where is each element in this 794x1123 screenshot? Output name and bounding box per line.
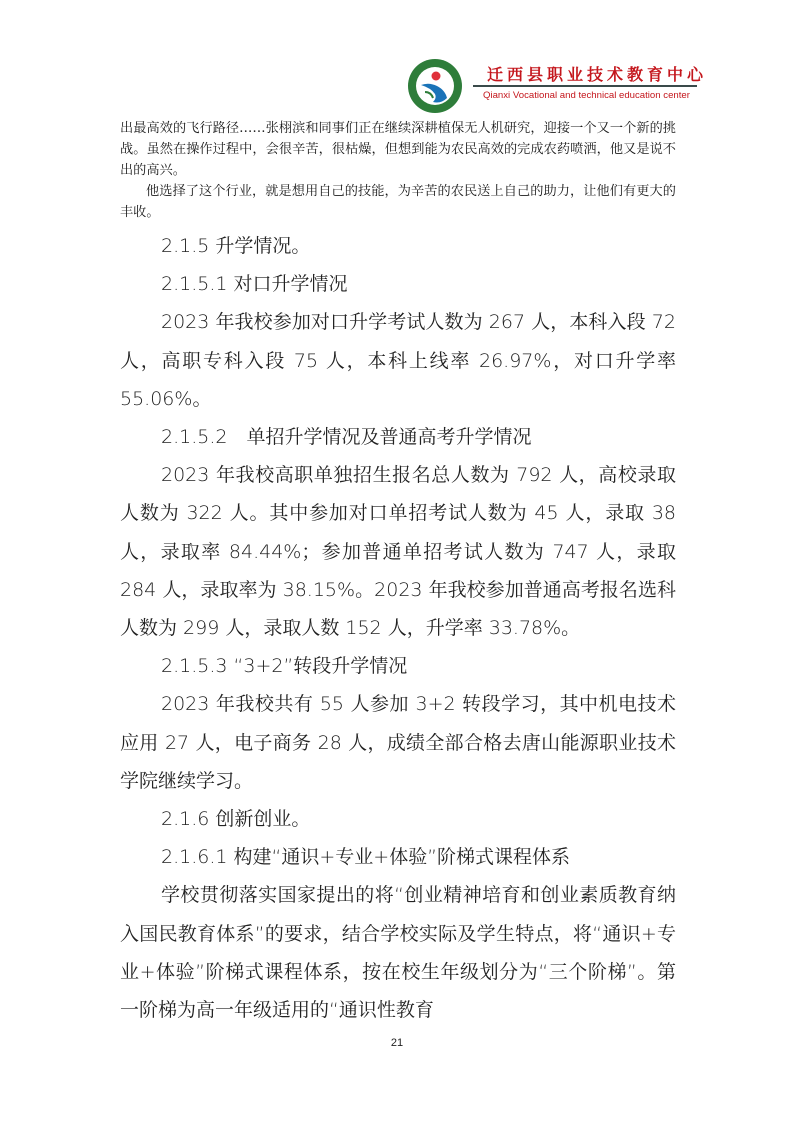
section-heading-2-1-5-3: 2.1.5.3 “3+2”转段升学情况	[120, 647, 676, 685]
page-header: 迁西县职业技术教育中心 Qianxi Vocational and techni…	[405, 56, 705, 118]
header-divider	[473, 85, 697, 87]
header-title-en: Qianxi Vocational and technical educatio…	[483, 90, 690, 101]
intro-paragraph-1: 出最高效的飞行路径……张栩滨和同事们正在继续深耕植保无人机研究，迎接一个又一个新…	[120, 118, 676, 181]
section-heading-2-1-5-1: 2.1.5.1 对口升学情况	[120, 265, 676, 303]
school-emblem-icon	[407, 58, 463, 114]
document-body: 出最高效的飞行路径……张栩滨和同事们正在继续深耕植保无人机研究，迎接一个又一个新…	[120, 118, 676, 1029]
page-number: 21	[0, 1037, 794, 1049]
section-heading-2-1-5: 2.1.5 升学情况。	[120, 227, 676, 265]
section-body-2-1-5-2: 2023 年我校高职单独招生报名总人数为 792 人，高校录取人数为 322 人…	[120, 456, 676, 647]
section-heading-2-1-5-2: 2.1.5.2 单招升学情况及普通高考升学情况	[120, 418, 676, 456]
header-title-cn: 迁西县职业技术教育中心	[487, 62, 707, 85]
section-body-2-1-5-1: 2023 年我校参加对口升学考试人数为 267 人，本科入段 72 人，高职专科…	[120, 303, 676, 418]
intro-paragraph-2: 他选择了这个行业，就是想用自己的技能，为辛苦的农民送上自己的助力，让他们有更大的…	[120, 181, 676, 223]
section-body-2-1-6-1: 学校贯彻落实国家提出的将“创业精神培育和创业素质教育纳入国民教育体系”的要求，结…	[120, 876, 676, 1029]
section-heading-2-1-6: 2.1.6 创新创业。	[120, 800, 676, 838]
section-body-2-1-5-3: 2023 年我校共有 55 人参加 3+2 转段学习，其中机电技术应用 27 人…	[120, 685, 676, 800]
section-heading-2-1-6-1: 2.1.6.1 构建“通识+专业+体验”阶梯式课程体系	[120, 838, 676, 876]
